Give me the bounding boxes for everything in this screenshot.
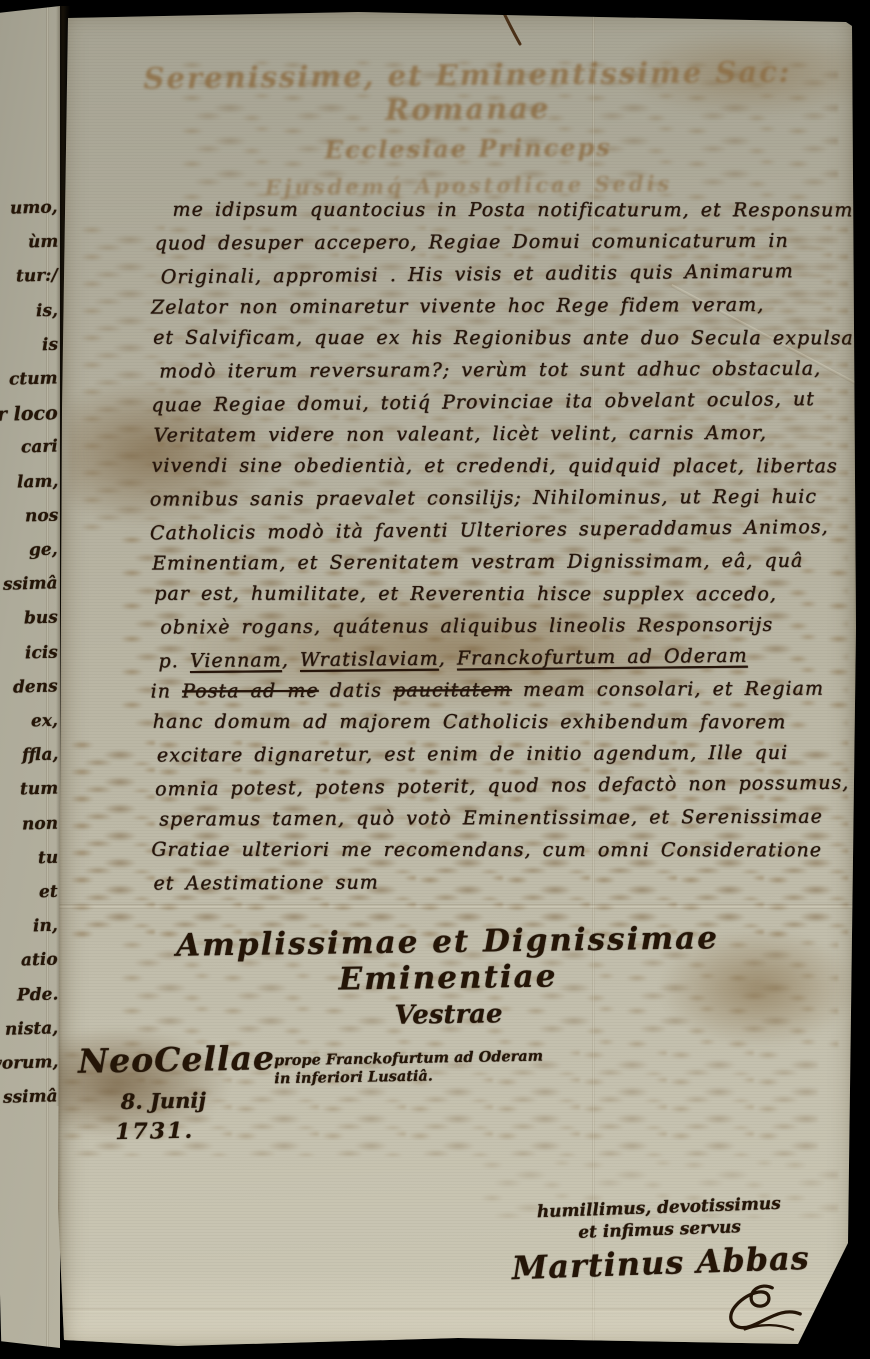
body-text-segment: , (439, 647, 457, 669)
signature-paraph-flourish (712, 1279, 806, 1338)
body-line: Originali, appromisi . His visis et audi… (149, 255, 861, 294)
manuscript-scan: umo,ùmtur:/is,isctumr lococarilam,nosge,… (0, 0, 870, 1359)
body-text-segment: Veritatem videre non valeant, licèt veli… (153, 422, 767, 447)
margin-fragment: ctum (9, 368, 58, 389)
body-line: excitare dignaretur, est enim de initio … (151, 736, 863, 771)
body-line: Catholicis modò ità faventi Ulteriores s… (150, 511, 862, 550)
body-text-segment: p. (158, 650, 190, 672)
trimmed-pen-stroke (490, 0, 530, 46)
body-text-segment: me idipsum quantocius in Posta notificat… (173, 199, 861, 222)
signature-block: humillimus, devotissimus et infimus serv… (510, 1193, 813, 1345)
body-line: Gratiae ulteriori me recomendans, cum om… (151, 834, 863, 867)
body-text-segment: excitare dignaretur, est enim de initio … (157, 742, 788, 767)
margin-fragment: dens (13, 676, 58, 697)
struck-text: Posta ad me (182, 680, 319, 703)
margin-fragment: nos (24, 505, 58, 526)
body-line: obnixè rogans, quátenus aliquibus lineol… (150, 608, 862, 643)
margin-fragment: lam, (16, 471, 58, 492)
margin-fragment: ge, (29, 540, 58, 561)
body-line: me idipsum quantocius in Posta notificat… (149, 194, 861, 227)
closing-line-2: Vestrae (148, 996, 748, 1034)
place-detail-2: in inferiori Lusatiâ. (274, 1066, 543, 1089)
margin-fragment: ùm (27, 232, 58, 253)
place-name: NeoCellae (78, 1038, 276, 1080)
letter-body: me idipsum quantocius in Posta notificat… (148, 192, 863, 899)
body-text-segment: omnia potest, potens poterit, quod nos d… (155, 772, 849, 801)
body-text-segment: , (282, 649, 300, 671)
salutation-line-1: Serenissime, et Eminentissime Sac: Roman… (97, 54, 838, 130)
body-text-segment: quod desuper accepero, Regiae Domui comu… (155, 230, 789, 255)
body-line: quod desuper accepero, Regiae Domui comu… (149, 224, 861, 259)
body-text-segment: datis (319, 679, 393, 701)
body-line: p. Viennam, Wratislaviam, Franckofurtum … (150, 639, 862, 678)
margin-fragment: ffla, (21, 745, 58, 766)
body-text-segment: Zelator non ominaretur vivente hoc Rege … (151, 294, 764, 319)
underlined-text: Viennam (190, 649, 282, 672)
margin-fragment: r loco (0, 402, 58, 426)
margin-fragment: nista, (5, 1018, 59, 1039)
margin-fragment: in, (33, 916, 58, 937)
body-line: omnibus sanis praevalet consilijs; Nihil… (150, 480, 862, 515)
body-text-segment: et Aestimatione sum (153, 872, 378, 895)
body-text-segment: in (151, 680, 183, 702)
margin-fragment: is, (36, 300, 58, 321)
dateline: NeoCellae prope Franckofurtum ad Oderam … (78, 1038, 276, 1080)
body-line: hanc domum ad majorem Catholicis exhiben… (151, 706, 863, 739)
margin-fragment: vorum, (0, 1052, 58, 1074)
margin-fragment: Pde. (16, 984, 58, 1005)
body-line: modò iterum reversuram?; verùm tot sunt … (149, 352, 861, 387)
body-text-segment: omnibus sanis praevalet consilijs; Nihil… (150, 486, 817, 511)
margin-fragment: ssimâ (3, 573, 58, 594)
adjacent-page-edge: umo,ùmtur:/is,isctumr lococarilam,nosge,… (0, 6, 60, 1348)
closing-formula: Amplissimae et Dignissimae Eminentiae Ve… (147, 920, 748, 1034)
body-text-segment: Eminentiam, et Serenitatem vestram Digni… (152, 550, 803, 575)
date-day: 8. Junij (121, 1087, 207, 1113)
body-text-segment: Gratiae ulteriori me recomendans, cum om… (151, 839, 822, 862)
body-text-segment: quae Regiae domui, totiq́ Provinciae ita… (151, 388, 815, 416)
margin-fragment: tum (20, 779, 59, 800)
margin-fragment: ssimâ (3, 1086, 58, 1107)
body-line: vivendi sine obedientià, et credendi, qu… (150, 450, 862, 483)
margin-fragment: bus (24, 608, 58, 629)
body-text-segment: vivendi sine obedientià, et credendi, qu… (152, 455, 838, 478)
closing-line-1: Amplissimae et Dignissimae Eminentiae (147, 920, 748, 1000)
body-text-segment: modò iterum reversuram?; verùm tot sunt … (159, 358, 821, 383)
body-line: Veritatem videre non valeant, licèt veli… (149, 416, 861, 451)
body-line: in Posta ad me datis paucitatem meam con… (151, 672, 863, 707)
body-text-segment: meam consolari, et Regiam (512, 678, 824, 701)
body-line: et Aestimatione sum (151, 864, 863, 899)
body-text-segment: speramus tamen, quò votò Eminentissimae,… (159, 806, 823, 831)
body-text-segment: Originali, appromisi . His visis et audi… (161, 260, 794, 288)
struck-text: paucitatem (393, 679, 512, 702)
margin-fragment: tur:/ (16, 266, 58, 287)
margin-fragment: atio (21, 950, 58, 971)
salutation-line-2: Ecclesiae Princeps (98, 130, 838, 167)
body-line: Eminentiam, et Serenitatem vestram Digni… (150, 544, 862, 579)
body-text-segment: hanc domum ad majorem Catholicis exhiben… (153, 711, 787, 734)
body-line: omnia potest, potens poterit, quod nos d… (151, 767, 863, 806)
body-text-segment: obnixè rogans, quátenus aliquibus lineol… (160, 614, 773, 639)
margin-fragment: ex, (31, 711, 58, 732)
salutation-header: Serenissime, et Eminentissime Sac: Roman… (97, 54, 838, 202)
letter-page: Serenissime, et Eminentissime Sac: Roman… (58, 8, 858, 1352)
body-text-segment: Catholicis modò ità faventi Ulteriores s… (150, 516, 829, 545)
body-line: Zelator non ominaretur vivente hoc Rege … (149, 288, 861, 323)
fold-crease (58, 904, 858, 909)
body-line: quae Regiae domui, totiq́ Provinciae ita… (149, 383, 861, 422)
body-text-segment: par est, humilitate, et Reverentia hisce… (154, 583, 777, 606)
place-detail: prope Franckofurtum ad Oderam in inferio… (274, 1048, 544, 1089)
underlined-text: Franckofurtum ad Oderam (457, 645, 748, 670)
date-year: 1731. (115, 1118, 194, 1145)
margin-fragment: cari (21, 437, 58, 458)
body-text-segment: et Salvificam, quae ex his Regionibus an… (153, 327, 861, 350)
margin-fragment: icis (25, 642, 58, 663)
margin-fragment: umo, (10, 197, 58, 218)
underlined-text: Wratislaviam (300, 648, 439, 671)
body-line: speramus tamen, quò votò Eminentissimae,… (151, 800, 863, 835)
body-line: par est, humilitate, et Reverentia hisce… (150, 578, 862, 611)
margin-fragment: non (22, 813, 59, 834)
body-line: et Salvificam, quae ex his Regionibus an… (149, 322, 861, 355)
